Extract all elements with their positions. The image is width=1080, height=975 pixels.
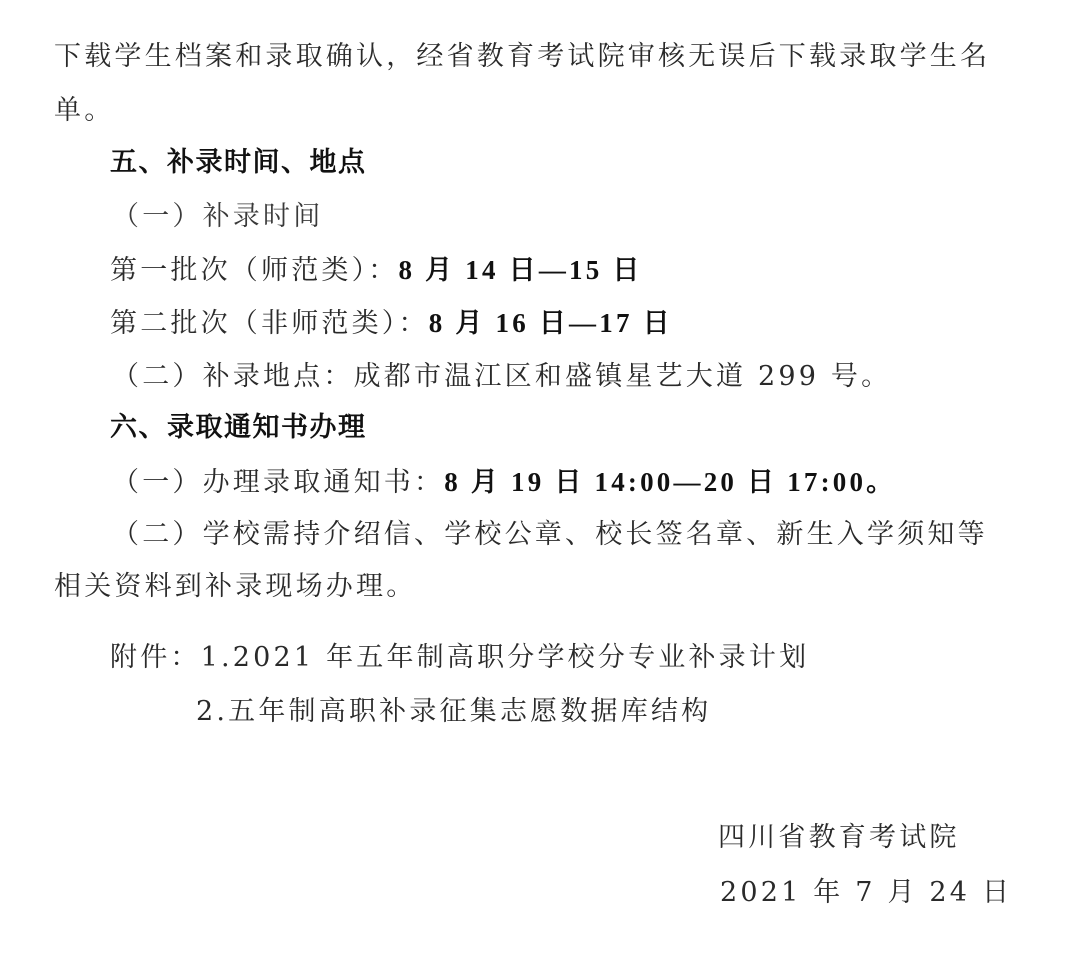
batch-2-dates: 8 月 16 日—17 日 [429, 308, 673, 338]
location-row: （二）补录地点：成都市温江区和盛镇星艺大道 299 号。 [112, 360, 891, 394]
location-address: 成都市温江区和盛镇星艺大道 299 号。 [354, 361, 892, 392]
required-materials-line1: （二）学校需持介绍信、学校公章、校长签名章、新生入学须知等 [112, 518, 988, 552]
signature-organization: 四川省教育考试院 [718, 821, 960, 855]
attachment-item-2: 2.五年制高职补录征集志愿数据库结构 [196, 695, 711, 729]
batch-1-dates: 8 月 14 日—15 日 [399, 255, 643, 285]
attachments-label: 附件： [110, 642, 201, 673]
paragraph-continuation-line2: 单。 [54, 94, 114, 128]
notice-handling-time: 8 月 19 日 14:00—20 日 17:00。 [444, 467, 896, 497]
section-6-heading: 六、录取通知书办理 [110, 411, 367, 445]
paragraph-continuation-line1: 下载学生档案和录取确认，经省教育考试院审核无误后下载录取学生名 [54, 40, 990, 74]
attachment-row-1: 附件：1.2021 年五年制高职分学校分专业补录计划 [110, 641, 809, 675]
batch-2-label: 第二批次（非师范类）： [110, 308, 429, 339]
notice-handling-row: （一）办理录取通知书：8 月 19 日 14:00—20 日 17:00。 [112, 465, 896, 500]
section-5-sub1-title: （一）补录时间 [112, 200, 323, 234]
required-materials-line2: 相关资料到补录现场办理。 [54, 570, 416, 604]
batch-1-row: 第一批次（师范类）：8 月 14 日—15 日 [110, 253, 643, 288]
batch-1-label: 第一批次（师范类）： [110, 255, 399, 286]
signature-date: 2021 年 7 月 24 日 [720, 876, 1012, 910]
notice-handling-label: （一）办理录取通知书： [112, 467, 444, 498]
batch-2-row: 第二批次（非师范类）：8 月 16 日—17 日 [110, 306, 673, 341]
section-5-heading: 五、补录时间、地点 [110, 146, 367, 180]
location-label: （二）补录地点： [112, 361, 354, 392]
attachment-item-1: 1.2021 年五年制高职分学校分专业补录计划 [201, 642, 810, 673]
